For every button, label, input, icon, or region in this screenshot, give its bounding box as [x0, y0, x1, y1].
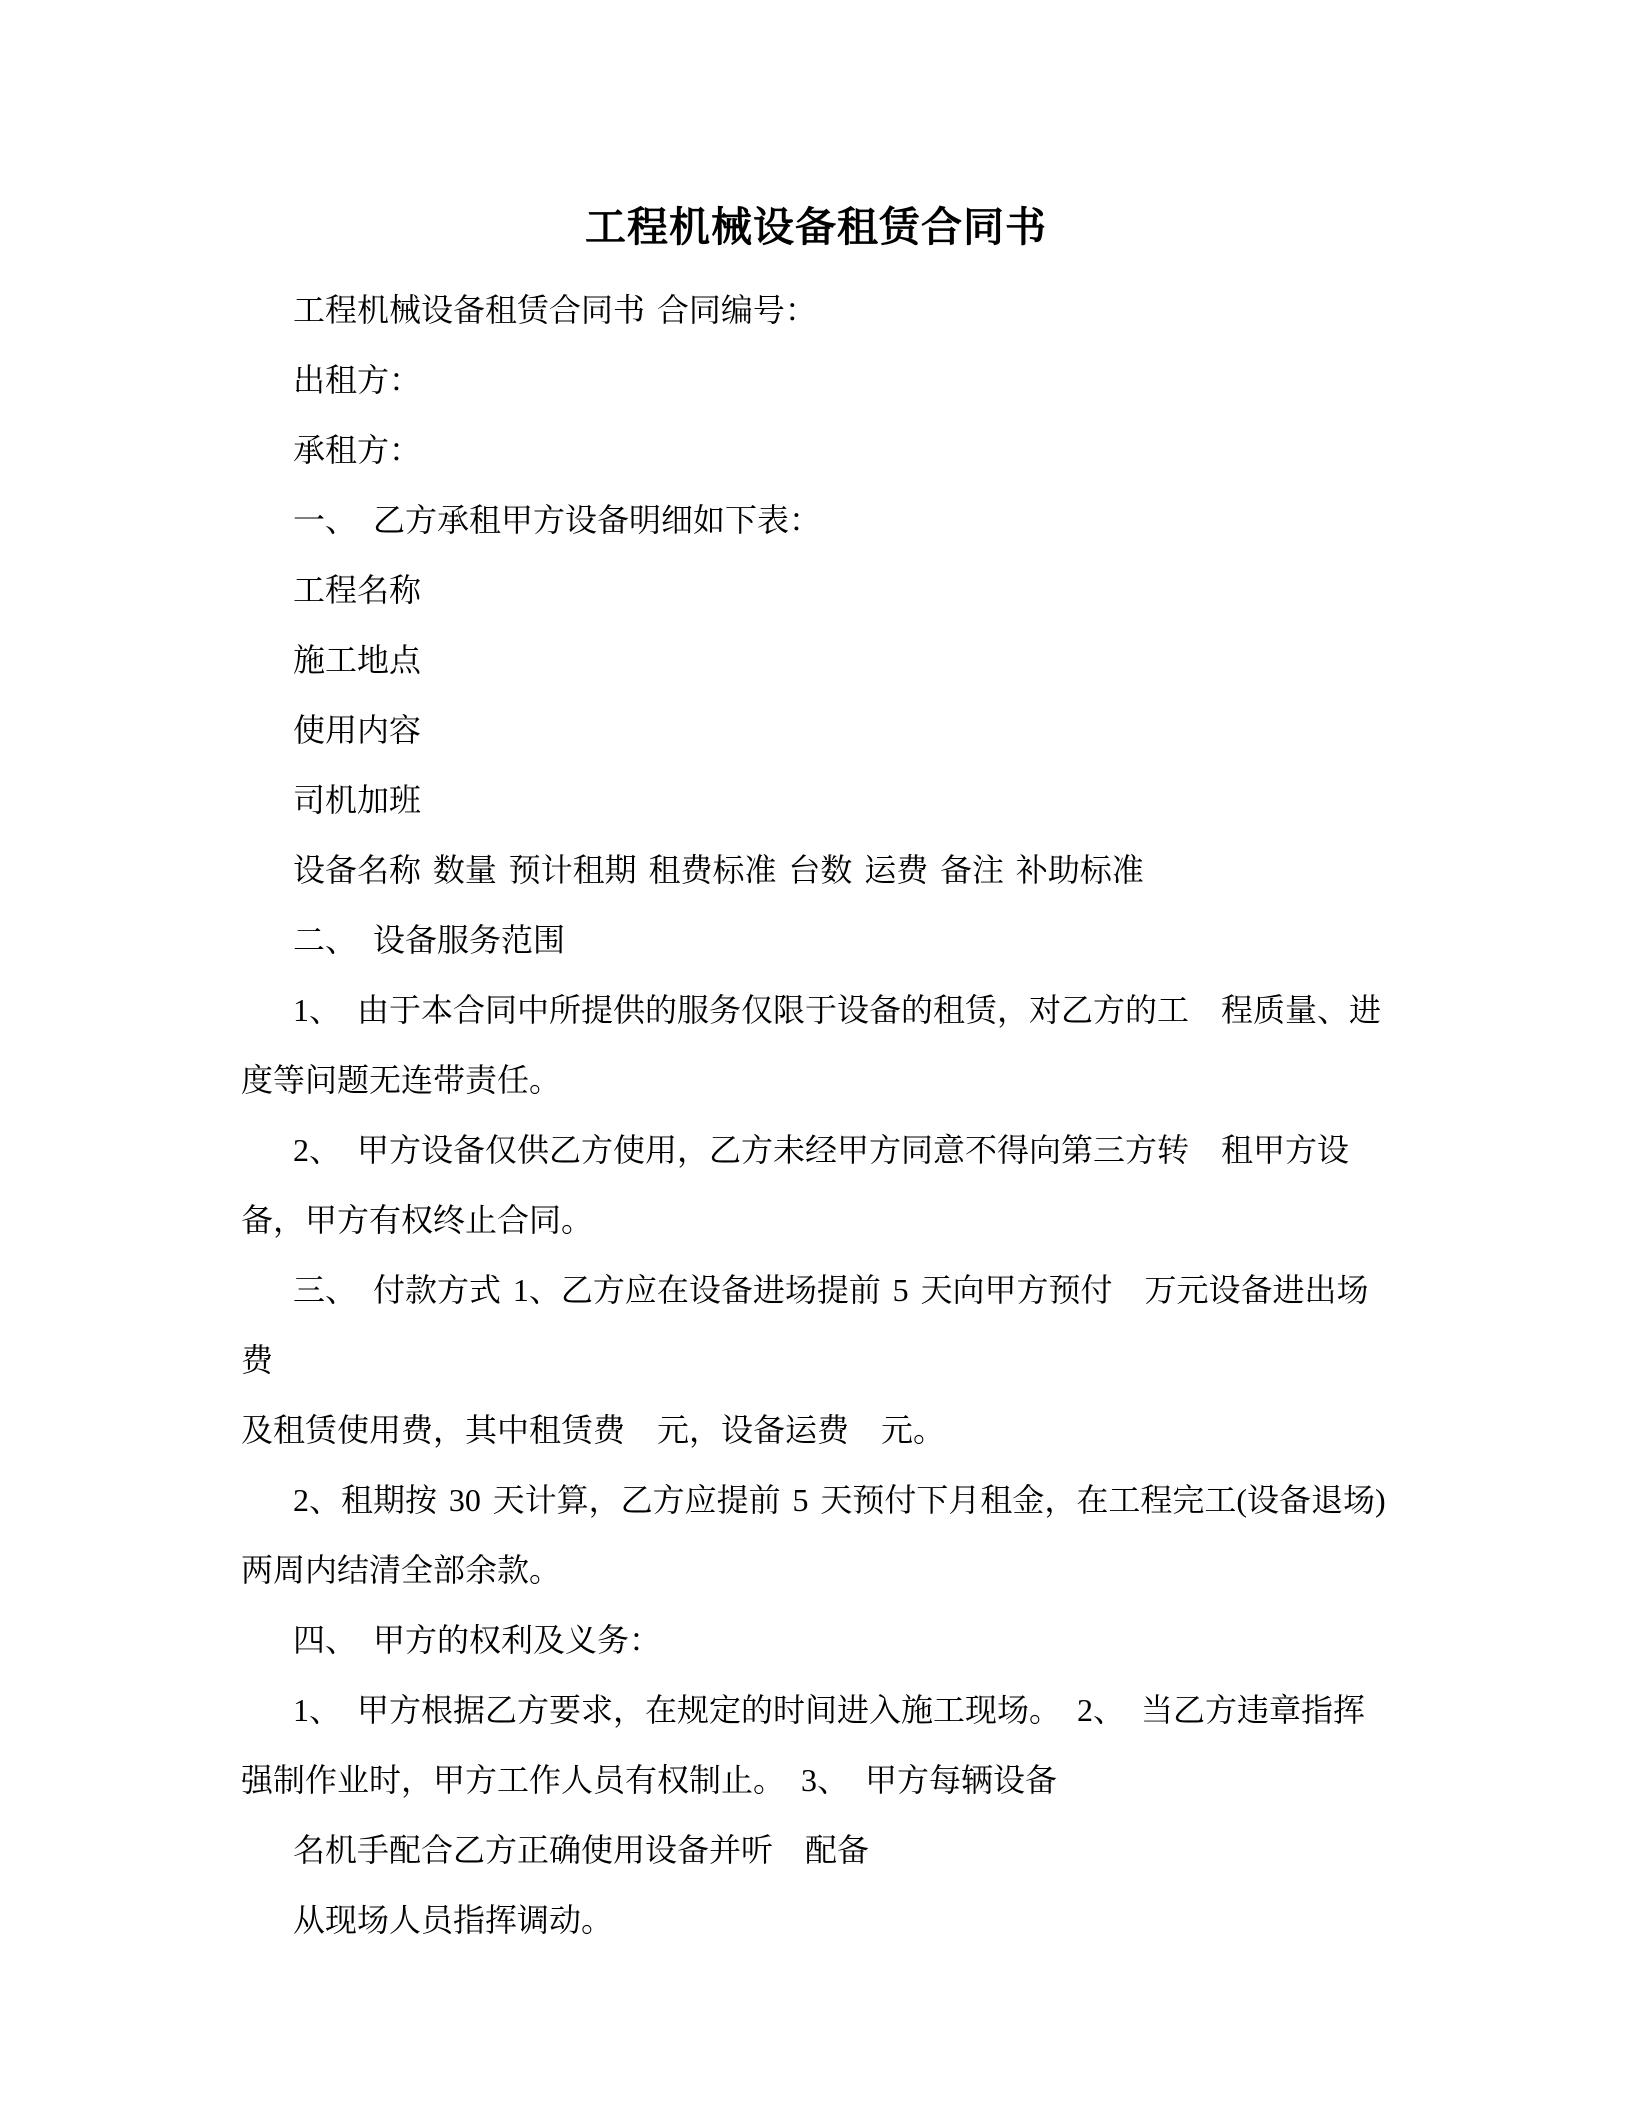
paragraph-line: 及租赁使用费，其中租赁费 元，设备运费 元。 [241, 1395, 1390, 1465]
paragraph-line: 备，甲方有权终止合同。 [241, 1185, 1390, 1255]
paragraph-line: 承租方： [241, 415, 1390, 485]
paragraph-line: 司机加班 [241, 765, 1390, 835]
paragraph-line: 度等问题无连带责任。 [241, 1045, 1390, 1115]
paragraph-line: 出租方： [241, 345, 1390, 415]
paragraph-line: 名机手配合乙方正确使用设备并听 配备 [241, 1815, 1390, 1885]
paragraph-line: 2、租期按 30 天计算，乙方应提前 5 天预付下月租金，在工程完工(设备退场) [241, 1465, 1390, 1535]
paragraph-line: 1、 甲方根据乙方要求，在规定的时间进入施工现场。 2、 当乙方违章指挥 [241, 1675, 1390, 1745]
paragraph-line: 二、 设备服务范围 [241, 905, 1390, 975]
paragraph-line: 两周内结清全部余款。 [241, 1535, 1390, 1605]
paragraph-line: 从现场人员指挥调动。 [241, 1885, 1390, 1955]
paragraph-line: 施工地点 [241, 625, 1390, 695]
paragraph-line: 1、 由于本合同中所提供的服务仅限于设备的租赁，对乙方的工 程质量、进 [241, 975, 1390, 1045]
paragraph-line: 使用内容 [241, 695, 1390, 765]
document-page: 工程机械设备租赁合同书 工程机械设备租赁合同书 合同编号： 出租方： 承租方： … [0, 0, 1632, 2112]
paragraph-line: 设备名称 数量 预计租期 租费标准 台数 运费 备注 补助标准 [241, 835, 1390, 905]
document-title: 工程机械设备租赁合同书 [0, 0, 1632, 251]
paragraph-line: 强制作业时，甲方工作人员有权制止。 3、 甲方每辆设备 [241, 1745, 1390, 1815]
paragraph-line: 一、 乙方承租甲方设备明细如下表： [241, 485, 1390, 555]
paragraph-line: 工程机械设备租赁合同书 合同编号： [241, 275, 1390, 345]
paragraph-line: 四、 甲方的权利及义务： [241, 1605, 1390, 1675]
document-body: 工程机械设备租赁合同书 合同编号： 出租方： 承租方： 一、 乙方承租甲方设备明… [241, 275, 1390, 1955]
paragraph-line: 2、 甲方设备仅供乙方使用，乙方未经甲方同意不得向第三方转 租甲方设 [241, 1115, 1390, 1185]
paragraph-line: 三、 付款方式 1、乙方应在设备进场提前 5 天向甲方预付 万元设备进出场费 [241, 1255, 1390, 1395]
paragraph-line: 工程名称 [241, 555, 1390, 625]
